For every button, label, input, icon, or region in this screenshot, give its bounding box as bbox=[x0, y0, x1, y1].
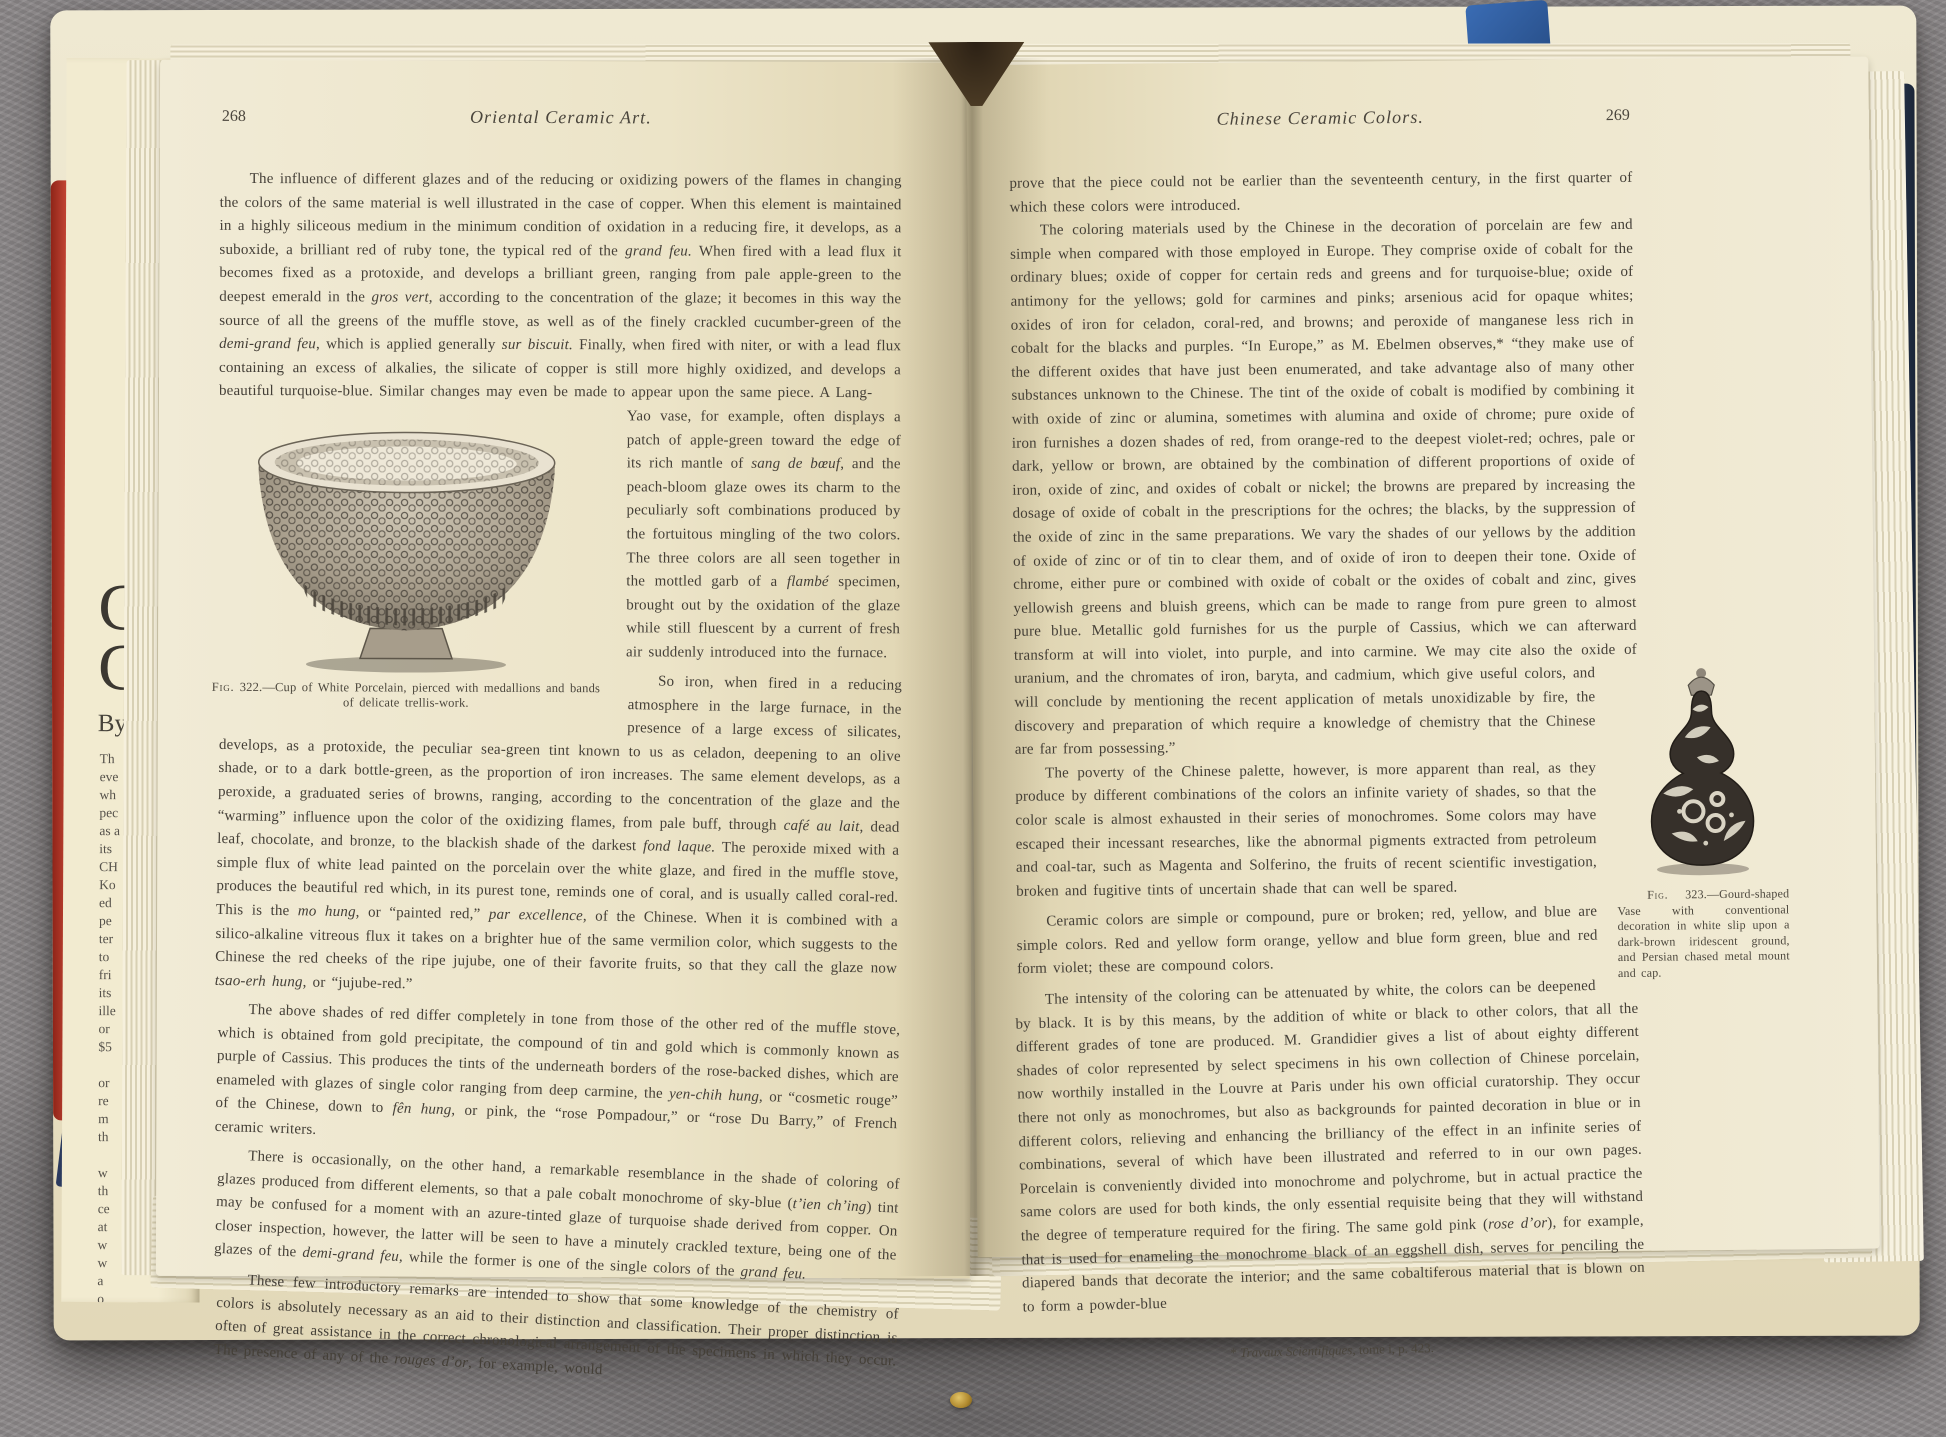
flap-line: wh bbox=[99, 786, 120, 804]
flap-line: re bbox=[98, 1092, 119, 1110]
paragraph: The poverty of the Chinese palette, howe… bbox=[1015, 757, 1639, 905]
flap-line: ed bbox=[99, 894, 120, 912]
paragraph-text: will conclude by mentioning the recent a… bbox=[1014, 689, 1595, 758]
paragraph-continuation: Yao vase, for example, often displays a … bbox=[626, 408, 901, 661]
flap-line: or bbox=[98, 1020, 119, 1038]
paragraph: The influence of different glazes and of… bbox=[219, 168, 902, 406]
flap-line: pe bbox=[99, 912, 120, 930]
flap-line: at bbox=[98, 1218, 119, 1236]
figure-322-image bbox=[220, 420, 593, 673]
paragraph: prove that the piece could not be earlie… bbox=[1009, 167, 1632, 220]
flap-line bbox=[98, 1056, 119, 1074]
left-page-number: 268 bbox=[222, 108, 246, 126]
footnote: * Travaux Scientifiques, tome i, p. 423. bbox=[1021, 1334, 1644, 1366]
flap-line: eve bbox=[100, 768, 121, 786]
flap-line: to bbox=[99, 948, 120, 966]
paragraph: So iron, when fired in a reducing atmosp… bbox=[215, 663, 903, 1005]
left-page-header: 268 Oriental Ceramic Art. bbox=[220, 106, 902, 148]
carpet-background: C C By Thevewhpecas aitsCHKoedpetertofri… bbox=[0, 0, 1946, 1437]
flap-line bbox=[98, 1146, 119, 1164]
flap-line: pec bbox=[99, 804, 120, 822]
open-book: C C By Thevewhpecas aitsCHKoedpetertofri… bbox=[50, 6, 1919, 1341]
left-page: 268 Oriental Ceramic Art. The influence … bbox=[156, 60, 974, 1279]
flap-by-label: By bbox=[98, 710, 127, 738]
paragraph-with-figure: The coloring materials used by the Chine… bbox=[1010, 214, 1638, 763]
figure-323-image bbox=[1626, 665, 1778, 878]
flap-line: or bbox=[98, 1074, 119, 1092]
paragraph: There is occasionally, on the other hand… bbox=[214, 1144, 900, 1292]
flap-line: th bbox=[98, 1182, 119, 1200]
flap-line: as a bbox=[99, 822, 120, 840]
paragraph: The intensity of the coloring can be att… bbox=[1015, 974, 1646, 1320]
paragraph-with-figure: Fig. 322.—Cup of White Porcelain, pierce… bbox=[218, 404, 901, 666]
flap-line: its bbox=[99, 984, 120, 1002]
paragraph-text: The coloring materials used by the Chine… bbox=[1010, 217, 1637, 687]
flap-line: ille bbox=[99, 1002, 120, 1020]
flap-line: o bbox=[97, 1290, 118, 1302]
figure-323-caption: Fig. 323.—Gourd-shaped Vase with convent… bbox=[1617, 887, 1790, 982]
flap-line: a bbox=[97, 1272, 118, 1290]
flap-line: $5 bbox=[98, 1038, 119, 1056]
right-page-header: Chinese Ceramic Colors. 269 bbox=[1009, 105, 1632, 151]
flap-line: ter bbox=[99, 930, 120, 948]
left-running-title: Oriental Ceramic Art. bbox=[220, 106, 902, 129]
gold-dot-on-carpet bbox=[950, 1392, 972, 1408]
flap-line: w bbox=[98, 1236, 119, 1254]
flap-line: m bbox=[98, 1110, 119, 1128]
figure-323: Fig. 323.—Gourd-shaped Vase with convent… bbox=[1615, 665, 1790, 982]
flap-blurb-fragments: Thevewhpecas aitsCHKoedpetertofriitsille… bbox=[97, 750, 120, 1302]
right-page: Chinese Ceramic Colors. 269 prove that t… bbox=[966, 57, 1879, 1258]
flap-line: w bbox=[98, 1164, 119, 1182]
right-page-number: 269 bbox=[1606, 107, 1630, 125]
right-running-title: Chinese Ceramic Colors. bbox=[1009, 105, 1632, 132]
flap-line: Ko bbox=[99, 876, 120, 894]
flap-line: Th bbox=[100, 750, 121, 768]
paragraph: The above shades of red differ completel… bbox=[214, 998, 900, 1161]
flap-line: its bbox=[99, 840, 120, 858]
flap-line: w bbox=[97, 1254, 118, 1272]
flap-line: fri bbox=[99, 966, 120, 984]
flap-line: CH bbox=[99, 858, 120, 876]
flap-line: th bbox=[98, 1128, 119, 1146]
flap-line: ce bbox=[98, 1200, 119, 1218]
paragraph: Ceramic colors are simple or compound, p… bbox=[1016, 900, 1640, 982]
